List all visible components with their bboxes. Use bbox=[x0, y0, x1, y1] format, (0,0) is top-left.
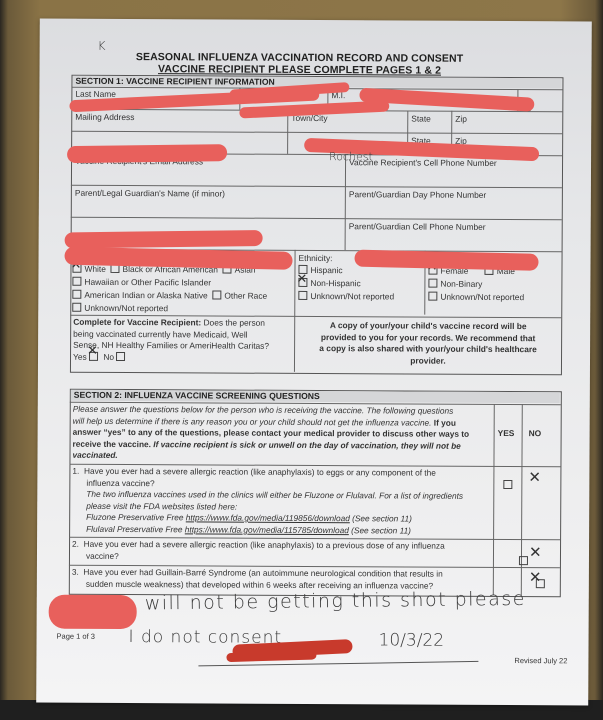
handwritten-date: 10/3/22 bbox=[378, 630, 444, 650]
copy-notice-line: a copy is also shared with your/your chi… bbox=[319, 343, 537, 354]
handwritten-refusal: will not be getting this shot please bbox=[145, 588, 526, 615]
race-other-label: Other Race bbox=[224, 291, 267, 301]
race-row-2: Hawaiian or Other Pacific Islander bbox=[72, 277, 211, 288]
medicaid-text-1: Does the person bbox=[201, 317, 265, 327]
link-label: Flulaval Preservative Free bbox=[72, 523, 185, 534]
question-text: influenza vaccine? bbox=[72, 477, 154, 487]
question-2: 2. Have you ever had a severe allergic r… bbox=[72, 539, 492, 564]
question-text: Have you ever had a severe allergic reac… bbox=[84, 539, 445, 551]
question-number: 1. bbox=[72, 466, 79, 476]
gender-unknown-checkbox[interactable] bbox=[428, 292, 437, 301]
page-number: Page 1 of 3 bbox=[57, 632, 95, 641]
race-hawaiian-label: Hawaiian or Other Pacific Islander bbox=[84, 277, 211, 288]
race-other-checkbox[interactable] bbox=[212, 290, 221, 299]
yes-column-header: YES bbox=[498, 428, 515, 438]
medicaid-bold: Complete for Vaccine Recipient: bbox=[73, 317, 201, 328]
ethnicity-hispanic-label: Hispanic bbox=[310, 265, 342, 275]
medicaid-no-label: No bbox=[103, 351, 114, 361]
question-number: 2. bbox=[72, 539, 79, 549]
signature-redaction bbox=[226, 650, 316, 662]
question-text: Have you ever had a severe allergic reac… bbox=[84, 466, 436, 478]
intro-line: answer “yes” to any of the questions, pl… bbox=[73, 427, 470, 439]
q2-yes-checkbox[interactable] bbox=[519, 556, 528, 565]
ethnicity-nonhispanic-checkbox[interactable] bbox=[298, 278, 307, 287]
medicaid-no-checkbox[interactable] bbox=[116, 351, 125, 360]
guardian-name-label: Parent/Legal Guardian's Name (if minor) bbox=[75, 188, 225, 199]
q1-yes-checkbox[interactable] bbox=[503, 480, 512, 489]
q2-no-checkmark[interactable]: ✕ bbox=[529, 543, 542, 561]
gender-unknown-label: Unknown/Not reported bbox=[440, 292, 524, 302]
q1-no-checkmark[interactable]: ✕ bbox=[528, 468, 541, 486]
state-label: State bbox=[411, 114, 431, 124]
copy-notice: A copy of your/your child's vaccine reco… bbox=[300, 320, 556, 367]
gender-nonbinary-checkbox[interactable] bbox=[428, 279, 437, 288]
intro-line: If vaccine recipient is sick or unwell o… bbox=[151, 439, 461, 451]
medicaid-yes-label: Yes bbox=[73, 351, 87, 361]
race-row-3: American Indian or Alaska Native Other R… bbox=[72, 290, 267, 301]
ethnicity-unknown-label: Unknown/Not reported bbox=[310, 291, 394, 301]
handwritten-town: Rochest bbox=[329, 150, 373, 163]
question-1: 1. Have you ever had a severe allergic r… bbox=[72, 466, 492, 537]
redaction-mark bbox=[65, 230, 263, 248]
intro-line: If you bbox=[431, 417, 455, 427]
question-note: The two influenza vaccines used in the c… bbox=[72, 489, 463, 501]
gender-nonbinary-label: Non-Binary bbox=[440, 279, 482, 289]
race-unknown-label: Unknown/Not reported bbox=[84, 303, 168, 313]
medicaid-text-3: Sense, NH Healthy Families or AmeriHealt… bbox=[73, 340, 269, 351]
question-text: vaccine? bbox=[72, 550, 119, 560]
signature-line bbox=[198, 661, 478, 666]
ethnicity-unknown-checkbox[interactable] bbox=[298, 291, 307, 300]
race-native-label: American Indian or Alaska Native bbox=[84, 290, 207, 301]
question-text: Have you ever had Guillain-Barré Syndrom… bbox=[83, 567, 442, 579]
medicaid-question: Complete for Vaccine Recipient: Does the… bbox=[73, 317, 293, 364]
consent-form-page: K SEASONAL INFLUENZA VACCINATION RECORD … bbox=[36, 19, 592, 706]
intro-line: Please answer the questions below for th… bbox=[73, 404, 454, 416]
race-hawaiian-checkbox[interactable] bbox=[72, 277, 81, 286]
ethnicity-row-3: Unknown/Not reported bbox=[298, 291, 394, 302]
copy-notice-line: provider. bbox=[410, 355, 445, 365]
race-native-checkbox[interactable] bbox=[72, 290, 81, 299]
q3-no-checkmark[interactable]: ✕ bbox=[529, 568, 542, 586]
link-suffix: (See section 11) bbox=[350, 513, 412, 523]
intro-line: vaccinated. bbox=[72, 450, 117, 460]
gender-row-2: Non-Binary bbox=[428, 279, 482, 289]
race-unknown-checkbox[interactable] bbox=[72, 303, 81, 312]
link-label: Fluzone Preservative Free bbox=[72, 512, 186, 523]
fluzone-link[interactable]: https://www.fda.gov/media/119856/downloa… bbox=[186, 512, 350, 523]
no-column-header: NO bbox=[529, 428, 542, 438]
intro-line: receive the vaccine. bbox=[73, 438, 151, 448]
gender-row-3: Unknown/Not reported bbox=[428, 292, 524, 303]
medicaid-yes-checkbox[interactable] bbox=[89, 351, 98, 360]
redaction-mark bbox=[49, 595, 137, 629]
guardian-day-phone-label: Parent/Guardian Day Phone Number bbox=[349, 189, 486, 200]
question-number: 3. bbox=[72, 567, 79, 577]
mailing-address-label: Mailing Address bbox=[75, 112, 134, 122]
copy-notice-line: A copy of your/your child's vaccine reco… bbox=[330, 320, 527, 331]
intro-line: will help us determine if there is any r… bbox=[73, 415, 432, 427]
guardian-cell-phone-label: Parent/Guardian Cell Phone Number bbox=[349, 221, 486, 232]
ethnicity-nonhispanic-label: Non-Hispanic bbox=[310, 278, 360, 288]
redaction-mark bbox=[67, 144, 227, 163]
question-note: please visit the FDA websites listed her… bbox=[72, 500, 237, 511]
medicaid-text-2: being vaccinated currently have Medicaid… bbox=[73, 328, 247, 339]
ethnicity-row-2: Non-Hispanic bbox=[298, 278, 360, 288]
zip-label: Zip bbox=[455, 114, 467, 124]
copy-notice-line: provided to you for your records. We rec… bbox=[321, 332, 535, 343]
link-suffix: (See section 11) bbox=[349, 525, 411, 535]
flulaval-link[interactable]: https://www.fda.gov/media/115785/downloa… bbox=[185, 524, 349, 535]
section2-intro: Please answer the questions below for th… bbox=[72, 404, 492, 464]
ethnicity-label: Ethnicity: bbox=[299, 253, 333, 263]
revised-date: Revised July 22 bbox=[514, 656, 567, 665]
race-row-4: Unknown/Not reported bbox=[72, 303, 168, 314]
question-text: sudden muscle weakness) that developed w… bbox=[72, 578, 433, 590]
